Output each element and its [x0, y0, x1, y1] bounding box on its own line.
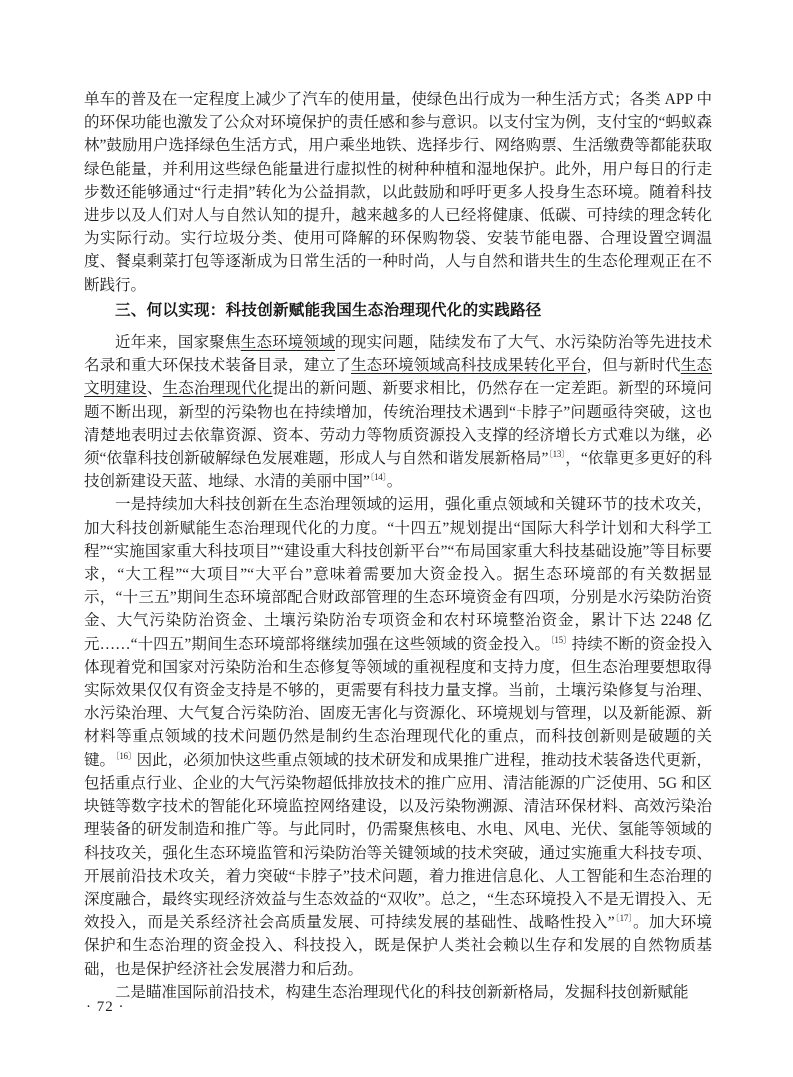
- text-run: 二是瞄准国际前沿技术，构建生态治理现代化的科技创新新格局，发掘科技创新赋能: [115, 984, 689, 1001]
- body-paragraph: 一是持续加大科技创新在生态治理领域的运用，强化重点领域和关键环节的技术攻关，加大…: [84, 493, 712, 980]
- underlined-phrase: 生态环境领域高科技成果转化平台: [351, 357, 587, 374]
- section-heading: 三、何以实现：科技创新赋能我国生态治理现代化的实践路径: [84, 299, 712, 322]
- page-number: · 72 ·: [86, 999, 125, 1016]
- text-run: 一是持续加大科技创新在生态治理领域的运用，强化重点领域和关键环节的技术攻关，加大…: [84, 496, 712, 652]
- footnote-reference: 〔17〕: [615, 913, 633, 923]
- footnote-reference: 〔16〕: [115, 751, 136, 761]
- footnote-reference: 〔14〕: [370, 472, 387, 482]
- underlined-phrase: 生态治理现代化: [163, 380, 273, 397]
- text-run: 持续不断的资金投入体现着党和国家对污染防治和生态修复等领域的重视程度和支持力度，…: [84, 636, 712, 769]
- text-run: ，但与新时代: [587, 357, 681, 374]
- underlined-phrase: 生态环境领域: [241, 334, 335, 351]
- text-run: 、: [147, 380, 163, 397]
- text-run: 。: [387, 473, 403, 490]
- footnote-reference: 〔13〕: [548, 449, 565, 459]
- document-page: 单车的普及在一定程度上减少了汽车的使用量，使绿色出行成为一种生活方式；各类 AP…: [0, 0, 793, 1077]
- text-run: 单车的普及在一定程度上减少了汽车的使用量，使绿色出行成为一种生活方式；各类 AP…: [84, 91, 712, 294]
- footnote-reference: 〔15〕: [550, 635, 572, 645]
- text-run: 三、何以实现：科技创新赋能我国生态治理现代化的实践路径: [115, 302, 542, 319]
- text-run: 近年来，国家聚焦: [115, 334, 241, 351]
- body-paragraph: 单车的普及在一定程度上减少了汽车的使用量，使绿色出行成为一种生活方式；各类 AP…: [84, 88, 712, 297]
- page-content: 单车的普及在一定程度上减少了汽车的使用量，使绿色出行成为一种生活方式；各类 AP…: [84, 88, 712, 1004]
- body-paragraph: 二是瞄准国际前沿技术，构建生态治理现代化的科技创新新格局，发掘科技创新赋能: [84, 981, 712, 1004]
- text-run: 因此，必须加快这些重点领域的技术研发和成果推广进程，推动技术装备迭代更新，包括重…: [84, 752, 712, 931]
- body-paragraph: 近年来，国家聚焦生态环境领域的现实问题，陆续发布了大气、水污染防治等先进技术名录…: [84, 331, 712, 493]
